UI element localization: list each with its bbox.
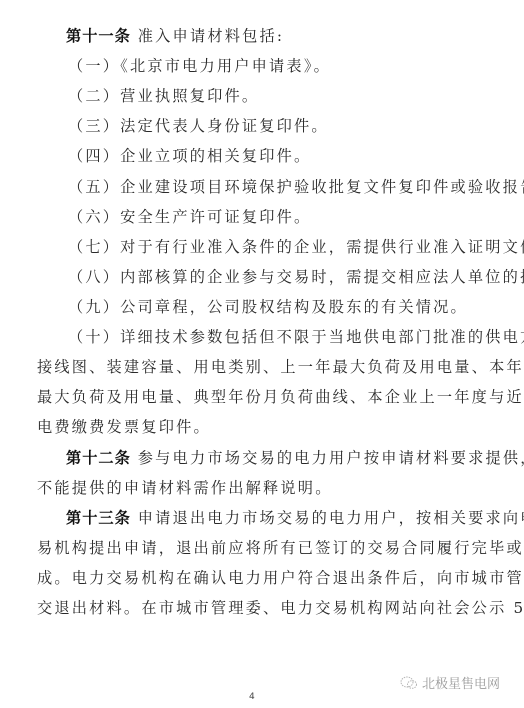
- watermark-text: 北极星售电网: [422, 673, 500, 692]
- watermark: 北极星售电网: [400, 673, 500, 692]
- article-label: 第十三条: [66, 509, 131, 527]
- article-label: 第十二条: [66, 449, 131, 467]
- article-12-heading: 第十二条 参与电力市场交易的电力用户按申请材料要求提供，对于: [66, 448, 496, 468]
- list-item-8: （八）内部核算的企业参与交易时，需提交相应法人单位的授权书。: [68, 267, 498, 287]
- document-page: 第十一条 准入申请材料包括: （一）《北京市电力用户申请表》。 （二）营业执照复…: [0, 0, 524, 708]
- article-13-cont-2: 成。电力交易机构在确认电力用户符合退出条件后，向市城市管理委提: [37, 568, 467, 588]
- list-item-5: （五）企业建设项目环境保护验收批复文件复印件或验收报告。: [68, 177, 498, 197]
- list-item-4: （四）企业立项的相关复印件。: [68, 146, 498, 166]
- article-12-cont: 不能提供的申请材料需作出解释说明。: [37, 478, 467, 498]
- list-item-6: （六）安全生产许可证复印件。: [68, 207, 498, 227]
- page-number: 4: [249, 692, 255, 702]
- article-text: 申请退出电力市场交易的电力用户，按相关要求向电力交: [131, 509, 524, 527]
- article-13-cont-3: 交退出材料。在市城市管理委、电力交易机构网站向社会公示 5 个工作: [37, 598, 467, 618]
- list-item-3: （三）法定代表人身份证复印件。: [68, 116, 498, 136]
- list-item-1: （一）《北京市电力用户申请表》。: [68, 56, 498, 76]
- article-13-cont-1: 易机构提出申请，退出前应将所有已签订的交易合同履行完毕或转让完: [37, 538, 467, 558]
- article-11-heading: 第十一条 准入申请材料包括:: [66, 26, 496, 46]
- list-item-10-cont-3: 电费缴费发票复印件。: [37, 417, 467, 437]
- list-item-9: （九）公司章程，公司股权结构及股东的有关情况。: [68, 297, 498, 317]
- list-item-10-cont-2: 最大负荷及用电量、典型年份月负荷曲线、本企业上一年度与近三个月: [37, 387, 467, 407]
- list-item-2: （二）营业执照复印件。: [68, 86, 498, 106]
- list-item-7: （七）对于有行业准入条件的企业，需提供行业准入证明文件。: [68, 237, 498, 257]
- list-item-10-cont-1: 接线图、装建容量、用电类别、上一年最大负荷及用电量、本年度预计: [37, 357, 467, 377]
- article-label: 第十一条: [66, 27, 131, 45]
- article-13-heading: 第十三条 申请退出电力市场交易的电力用户，按相关要求向电力交: [66, 508, 496, 528]
- article-text: 参与电力市场交易的电力用户按申请材料要求提供，对于: [131, 449, 524, 467]
- article-text: 准入申请材料包括:: [131, 27, 284, 45]
- wechat-icon: [400, 676, 418, 690]
- list-item-10: （十）详细技术参数包括但不限于当地供电部门批准的供电方案及: [68, 327, 498, 347]
